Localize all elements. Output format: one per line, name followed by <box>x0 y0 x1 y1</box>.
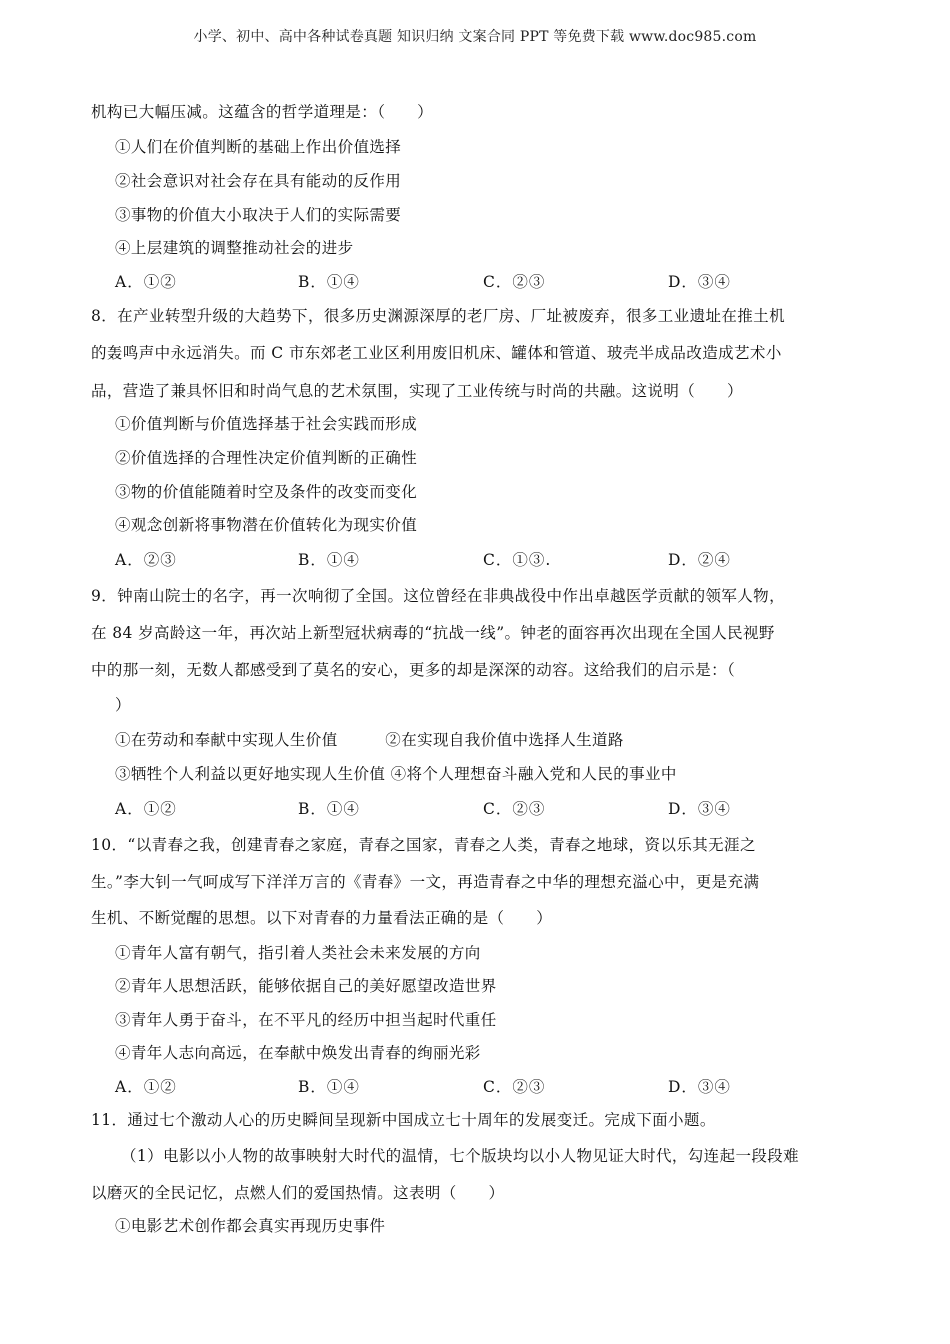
choice-b[interactable]: B．①④ <box>298 550 360 570</box>
choice-d[interactable]: D．③④ <box>668 1077 731 1097</box>
choice-d[interactable]: D．③④ <box>668 272 731 292</box>
question-stem: ） <box>115 695 131 715</box>
question-stem: 的轰鸣声中永远消失。而 C 市东郊老工业区利用废旧机床、罐体和管道、玻壳半成品改… <box>91 343 782 363</box>
statement-item: ③物的价值能随着时空及条件的改变而变化 <box>115 482 417 502</box>
choice-a[interactable]: A．①② <box>115 1077 177 1097</box>
choice-d[interactable]: D．③④ <box>668 799 731 819</box>
statement-item: ①青年人富有朝气，指引着人类社会未来发展的方向 <box>115 943 481 963</box>
question-stem: 8．在产业转型升级的大趋势下，很多历史渊源深厚的老厂房、厂址被废弃，很多工业遗址… <box>91 306 785 326</box>
question-stem: 生。”李大钊一气呵成写下洋洋万言的《青春》一文，再造青春之中华的理想充溢心中，更… <box>91 872 759 892</box>
statement-item: ②社会意识对社会存在具有能动的反作用 <box>115 171 401 191</box>
question-stem: 品，营造了兼具怀旧和时尚气息的艺术氛围，实现了工业传统与时尚的共融。这说明（ ） <box>91 381 743 401</box>
question-stem: 机构已大幅压减。这蕴含的哲学道理是：（ ） <box>91 102 433 122</box>
statement-item: ②青年人思想活跃，能够依据自己的美好愿望改造世界 <box>115 976 497 996</box>
question-stem: 11．通过七个激动人心的历史瞬间呈现新中国成立七十周年的发展变迁。完成下面小题。 <box>91 1110 716 1130</box>
statement-item: ①电影艺术创作都会真实再现历史事件 <box>115 1216 385 1236</box>
choice-c[interactable]: C．②③ <box>483 1077 545 1097</box>
question-stem: 9．钟南山院士的名字，再一次响彻了全国。这位曾经在非典战役中作出卓越医学贡献的领… <box>91 586 785 606</box>
statement-item: ④青年人志向高远，在奉献中焕发出青春的绚丽光彩 <box>115 1043 481 1063</box>
choice-a[interactable]: A．①② <box>115 799 177 819</box>
statement-item: ③青年人勇于奋斗，在不平凡的经历中担当起时代重任 <box>115 1010 497 1030</box>
choice-a[interactable]: A．①② <box>115 272 177 292</box>
answer-choices: A．①② B．①④ C．②③ D．③④ <box>0 799 950 819</box>
statement-item: ①人们在价值判断的基础上作出价值选择 <box>115 137 401 157</box>
statement-item: ④上层建筑的调整推动社会的进步 <box>115 238 354 258</box>
sub-question-stem: 以磨灭的全民记忆，点燃人们的爱国热情。这表明（ ） <box>91 1183 504 1203</box>
statement-item: ②价值选择的合理性决定价值判断的正确性 <box>115 448 417 468</box>
choice-d[interactable]: D．②④ <box>668 550 731 570</box>
choice-c[interactable]: C．②③ <box>483 272 545 292</box>
statement-item: ③牺牲个人利益以更好地实现人生价值 ④将个人理想奋斗融入党和人民的事业中 <box>115 764 677 784</box>
question-stem: 中的那一刻，无数人都感受到了莫名的安心，更多的却是深深的动容。这给我们的启示是：… <box>91 660 735 680</box>
answer-choices: A．②③ B．①④ C．①③. D．②④ <box>0 550 950 570</box>
question-stem: 生机、不断觉醒的思想。以下对青春的力量看法正确的是（ ） <box>91 908 552 928</box>
statement-item: ③事物的价值大小取决于人们的实际需要 <box>115 205 401 225</box>
answer-choices: A．①② B．①④ C．②③ D．③④ <box>0 272 950 292</box>
choice-b[interactable]: B．①④ <box>298 272 360 292</box>
statement-item: ④观念创新将事物潜在价值转化为现实价值 <box>115 515 417 535</box>
choice-b[interactable]: B．①④ <box>298 1077 360 1097</box>
question-stem: 10．“以青春之我，创建青春之家庭，青春之国家，青春之人类，青春之地球，资以乐其… <box>91 835 756 855</box>
choice-c[interactable]: C．②③ <box>483 799 545 819</box>
answer-choices: A．①② B．①④ C．②③ D．③④ <box>0 1077 950 1097</box>
choice-b[interactable]: B．①④ <box>298 799 360 819</box>
statement-item: ①价值判断与价值选择基于社会实践而形成 <box>115 414 417 434</box>
sub-question-stem: （1）电影以小人物的故事映射大时代的温情，七个版块均以小人物见证大时代，勾连起一… <box>121 1146 799 1166</box>
choice-a[interactable]: A．②③ <box>115 550 177 570</box>
choice-c[interactable]: C．①③. <box>483 550 551 570</box>
question-stem: 在 84 岁高龄这一年，再次站上新型冠状病毒的“抗战一线”。钟老的面容再次出现在… <box>91 623 775 643</box>
page-header: 小学、初中、高中各种试卷真题 知识归纳 文案合同 PPT 等免费下载 www.d… <box>0 26 950 46</box>
statement-item: ①在劳动和奉献中实现人生价值 ②在实现自我价值中选择人生道路 <box>115 730 624 750</box>
